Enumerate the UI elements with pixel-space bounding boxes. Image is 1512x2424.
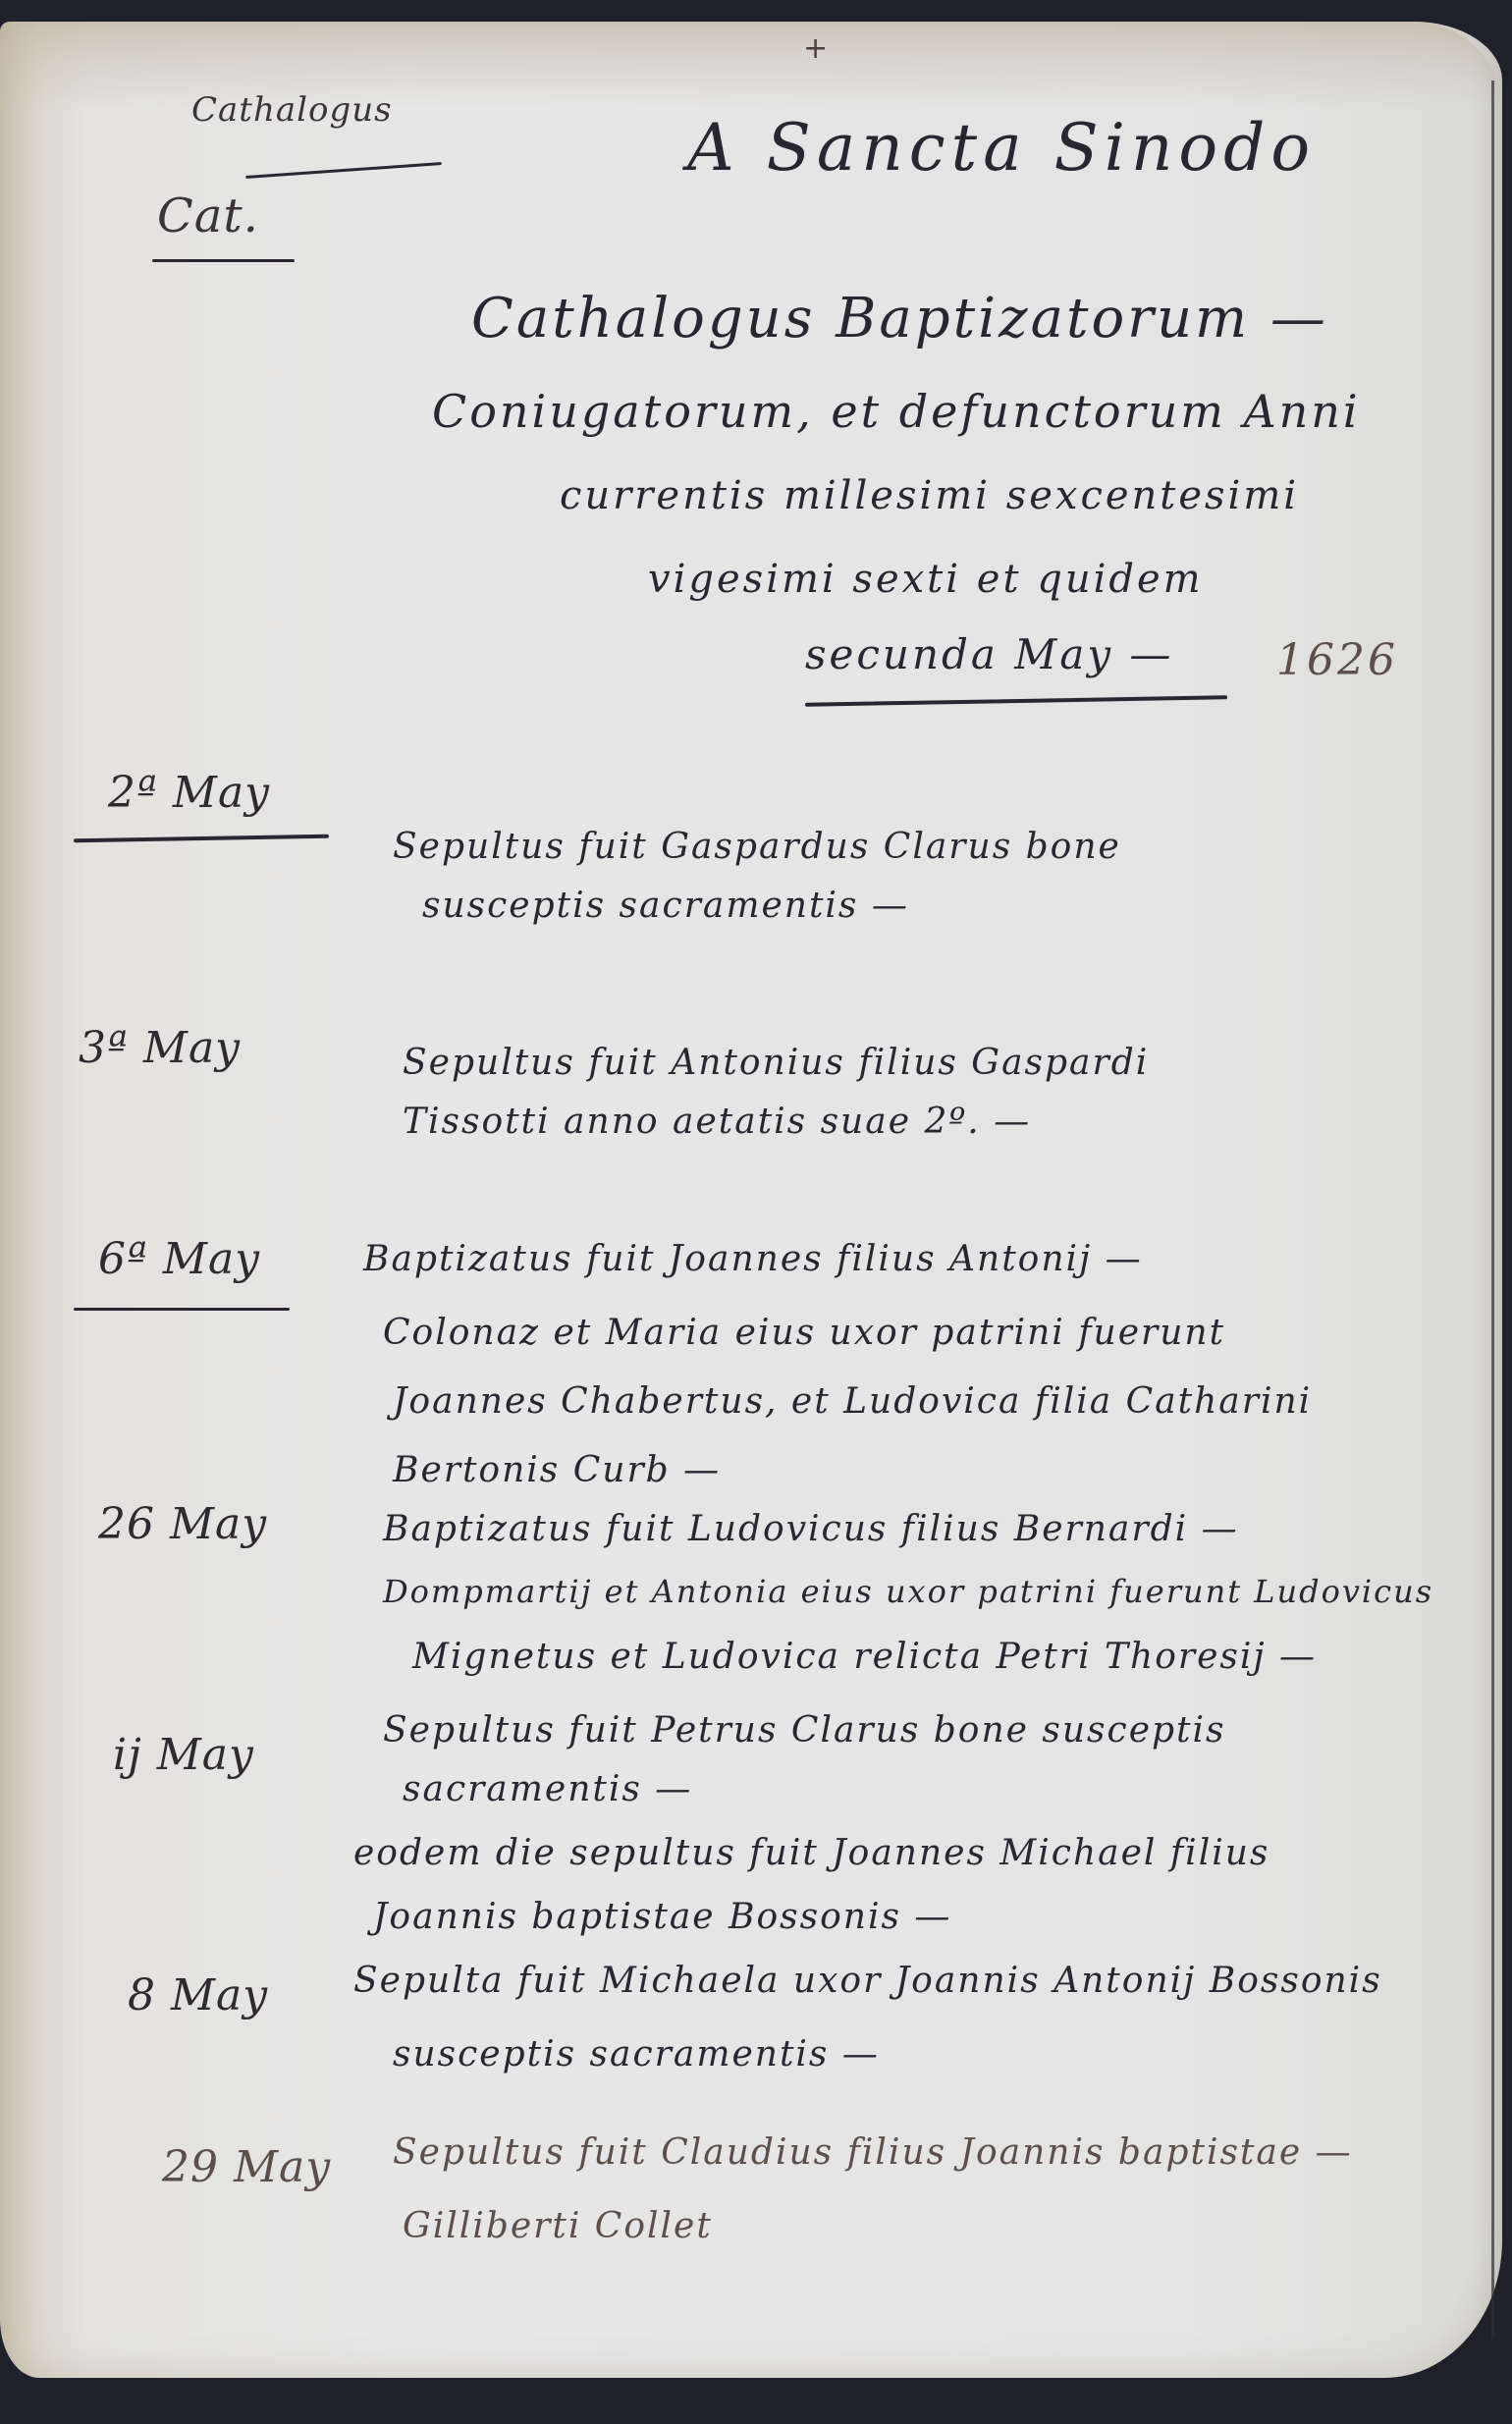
margin-note-cathalogus: Cathalogus xyxy=(191,90,393,130)
entry-3-line-2: Colonaz et Maria eius uxor patrini fueru… xyxy=(383,1313,1225,1353)
heading-line-1: Cathalogus Baptizatorum — xyxy=(471,287,1328,350)
entry-4-line-1: Baptizatus fuit Ludovicus filius Bernard… xyxy=(383,1509,1239,1549)
manuscript-page: + Cathalogus Cat. A Sancta Sinodo Cathal… xyxy=(0,22,1502,2378)
date-underline-1 xyxy=(74,835,329,843)
entry-7-line-2: Gilliberti Collet xyxy=(403,2206,713,2246)
page-fold-line xyxy=(1491,81,1494,2339)
entry-date-1: 2ª May xyxy=(108,768,270,818)
year-mark: 1626 xyxy=(1276,635,1398,685)
entry-6-line-2: susceptis sacramentis — xyxy=(393,2034,880,2074)
margin-underline-2 xyxy=(152,259,295,262)
entry-5-line-3: eodem die sepultus fuit Joannes Michael … xyxy=(353,1833,1269,1873)
scan-background: + Cathalogus Cat. A Sancta Sinodo Cathal… xyxy=(0,0,1512,2424)
heading-line-4: vigesimi sexti et quidem xyxy=(648,557,1204,602)
heading-line-5: secunda May — xyxy=(805,630,1173,678)
entry-1-line-2: susceptis sacramentis — xyxy=(422,886,909,926)
top-cross-mark: + xyxy=(803,31,828,66)
margin-note-cat: Cat. xyxy=(157,189,259,243)
heading-line-3: currentis millesimi sexcentesimi xyxy=(560,473,1299,518)
entry-4-line-3: Mignetus et Ludovica relicta Petri Thore… xyxy=(412,1637,1317,1677)
entry-3-line-4: Bertonis Curb — xyxy=(393,1450,721,1490)
entry-4-line-2: Dompmartij et Antonia eius uxor patrini … xyxy=(383,1573,1433,1610)
entry-3-line-3: Joannes Chabertus, et Ludovica filia Cat… xyxy=(393,1381,1312,1422)
entry-date-7: 29 May xyxy=(162,2142,331,2192)
entry-date-2: 3ª May xyxy=(79,1023,241,1073)
entry-5-line-2: sacramentis — xyxy=(403,1769,692,1809)
entry-date-6: 8 May xyxy=(128,1970,268,2020)
entry-2-line-1: Sepultus fuit Antonius filius Gaspardi xyxy=(403,1043,1149,1083)
entry-7-line-1: Sepultus fuit Claudius filius Joannis ba… xyxy=(393,2132,1353,2173)
entry-5-line-1: Sepultus fuit Petrus Clarus bone suscept… xyxy=(383,1710,1226,1751)
page-title: A Sancta Sinodo xyxy=(687,110,1316,186)
entry-3-line-1: Baptizatus fuit Joannes filius Antonij — xyxy=(363,1239,1143,1279)
heading-line-2: Coniugatorum, et defunctorum Anni xyxy=(432,385,1361,438)
entry-6-line-1: Sepulta fuit Michaela uxor Joannis Anton… xyxy=(353,1961,1382,2001)
entry-1-line-1: Sepultus fuit Gaspardus Clarus bone xyxy=(393,827,1121,867)
entry-date-3: 6ª May xyxy=(98,1234,260,1284)
margin-underline xyxy=(245,162,442,179)
entry-2-line-2: Tissotti anno aetatis suae 2º. — xyxy=(403,1102,1031,1142)
date-underline-3 xyxy=(74,1308,290,1311)
entry-date-5: ij May xyxy=(113,1730,254,1780)
entry-5-line-4: Joannis baptistae Bossonis — xyxy=(373,1897,951,1937)
heading-underline xyxy=(805,695,1227,707)
entry-date-4: 26 May xyxy=(98,1499,267,1549)
